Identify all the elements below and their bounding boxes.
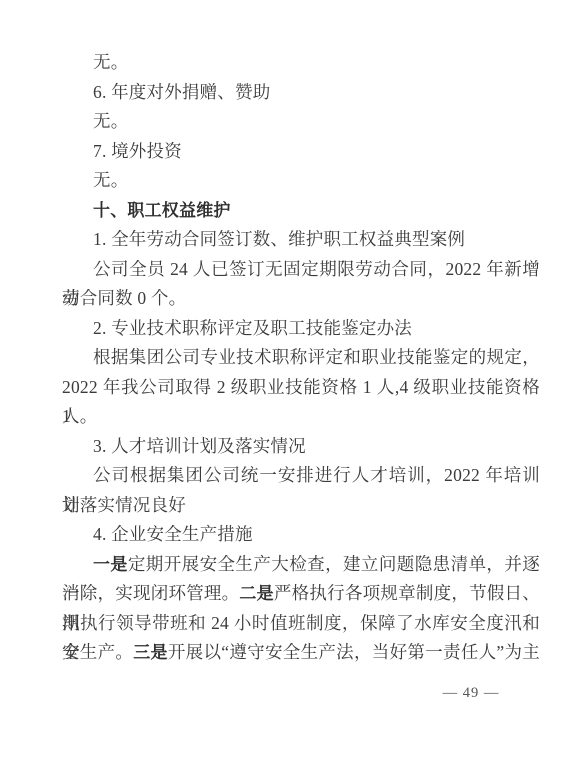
bold-text-segment: 二是 [239,584,273,603]
text-line: 一是定期开展安全生产大检查，建立问题隐患清单，并逐一 [62,550,540,580]
text-line: 全生产。三是开展以“遵守安全生产法，当好第一责任人”为主 [62,638,540,668]
text-segment: 6. 年度对外捐赠、赞助 [93,82,270,102]
text-segment: 根据集团公司专业技术职称评定和职业技能鉴定的规定， [93,347,540,367]
text-line: 消除，实现闭环管理。二是严格执行各项规章制度，节假日、汛 [62,579,540,609]
text-line: 4. 企业安全生产措施 [62,520,540,550]
text-line: 6. 年度对外捐赠、赞助 [62,78,540,108]
document-body: 无。6. 年度对外捐赠、赞助无。7. 境外投资无。十、职工权益维护1. 全年劳动… [62,48,540,668]
text-line: 无。 [62,48,540,78]
text-segment: 人。 [62,406,97,426]
text-line: 7. 境外投资 [62,137,540,167]
text-segment: 全生产。 [62,642,133,662]
bold-text-segment: 十、职工权益维护 [93,201,231,220]
bold-text-segment: 一是 [93,555,128,574]
text-line: 公司全员 24 人已签订无固定期限劳动合同，2022 年新增劳 [62,255,540,285]
text-line: 动合同数 0 个。 [62,284,540,314]
text-line: 2. 专业技术职称评定及职工技能鉴定办法 [62,314,540,344]
bold-text-segment: 三是 [133,643,168,662]
text-line: 期执行领导带班和 24 小时值班制度，保障了水库安全度汛和安 [62,609,540,639]
text-line: 划落实情况良好 [62,491,540,521]
text-line: 无。 [62,166,540,196]
section-heading: 十、职工权益维护 [62,196,540,226]
text-segment: 消除，实现闭环管理。 [62,583,239,603]
text-line: 公司根据集团公司统一安排进行人才培训，2022 年培训计 [62,461,540,491]
text-segment: 3. 人才培训计划及落实情况 [93,436,306,456]
text-segment: 动合同数 0 个。 [62,288,186,308]
text-segment: 1. 全年劳动合同签订数、维护职工权益典型案例 [93,229,465,249]
text-line: 1. 全年劳动合同签订数、维护职工权益典型案例 [62,225,540,255]
text-segment: 7. 境外投资 [93,141,182,161]
text-line: 2022 年我公司取得 2 级职业技能资格 1 人,4 级职业技能资格 1 [62,373,540,403]
text-segment: 2. 专业技术职称评定及职工技能鉴定办法 [93,318,412,338]
text-line: 无。 [62,107,540,137]
text-segment: 无。 [93,111,128,131]
text-line: 根据集团公司专业技术职称评定和职业技能鉴定的规定， [62,343,540,373]
page-number: — 49 — [436,684,506,702]
text-segment: 开展以“遵守安全生产法，当好第一责任人”为主 [168,642,540,662]
text-segment: 划落实情况良好 [62,495,186,515]
text-segment: 无。 [93,170,128,190]
text-segment: 4. 企业安全生产措施 [93,524,253,544]
text-segment: 无。 [93,52,128,72]
text-line: 人。 [62,402,540,432]
document-page: 无。6. 年度对外捐赠、赞助无。7. 境外投资无。十、职工权益维护1. 全年劳动… [0,0,572,762]
text-line: 3. 人才培训计划及落实情况 [62,432,540,462]
